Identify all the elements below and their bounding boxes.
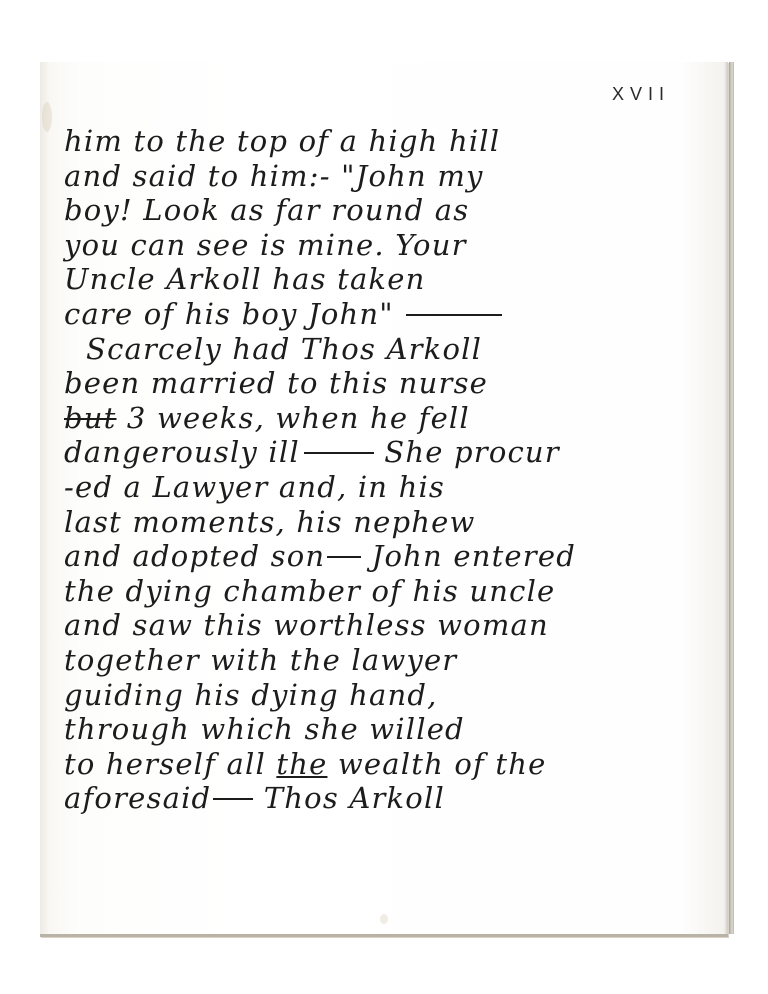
line-text: and saw this worthless woman [64, 608, 549, 642]
text-line-16: together with the lawyer [64, 643, 714, 678]
line-text: you can see is mine. Your [64, 228, 467, 262]
line-text: him to the top of a high hill [64, 124, 500, 158]
line-text: Thos Arkoll [253, 781, 445, 815]
ink-dash [213, 798, 253, 800]
paper-stain [380, 914, 388, 924]
page-number: XVII [612, 84, 670, 105]
text-line-12: last moments, his nephew [64, 505, 714, 540]
text-line-3: boy! Look as far round as [64, 193, 714, 228]
line-text: -ed a Lawyer and, in his [64, 470, 445, 504]
line-text: through which she willed [64, 712, 465, 746]
ink-dash [327, 556, 361, 558]
text-line-17: guiding his dying hand, [64, 678, 714, 713]
page-edge [729, 62, 734, 934]
line-text: Uncle Arkoll has taken [64, 262, 425, 296]
handwritten-text-block: him to the top of a high hill and said t… [64, 124, 714, 816]
line-text: the dying chamber of his uncle [64, 574, 555, 608]
line-text: and said to him:- "John my [64, 159, 484, 193]
text-line-9: but 3 weeks, when he fell [64, 401, 714, 436]
text-line-19: to herself all the wealth of the [64, 747, 714, 782]
line-text: Scarcely had Thos Arkoll [86, 332, 482, 366]
line-text: aforesaid [64, 781, 211, 815]
text-line-13: and adopted son John entered [64, 539, 714, 574]
ink-dash [406, 314, 502, 316]
line-text: and adopted son [64, 539, 325, 573]
line-text: to herself all [64, 747, 276, 781]
line-text: dangerously ill [64, 435, 300, 469]
line-text: together with the lawyer [64, 643, 457, 677]
line-text: John entered [361, 539, 576, 573]
text-line-11: -ed a Lawyer and, in his [64, 470, 714, 505]
text-line-6: care of his boy John" [64, 297, 714, 332]
ink-dash [304, 452, 374, 454]
struck-word: but [64, 401, 117, 435]
line-text: boy! Look as far round as [64, 193, 469, 227]
text-line-10: dangerously ill She procur [64, 435, 714, 470]
underlined-word: the [276, 747, 327, 781]
line-text: 3 weeks, when he fell [117, 401, 470, 435]
line-text: She procur [374, 435, 560, 469]
line-text: last moments, his nephew [64, 505, 476, 539]
line-text: wealth of the [327, 747, 546, 781]
line-text: been married to this nurse [64, 366, 488, 400]
text-line-15: and saw this worthless woman [64, 608, 714, 643]
line-text: guiding his dying hand, [64, 678, 438, 712]
text-line-5: Uncle Arkoll has taken [64, 262, 714, 297]
text-line-4: you can see is mine. Your [64, 228, 714, 263]
paper-stain [42, 102, 52, 132]
text-line-7: Scarcely had Thos Arkoll [64, 332, 714, 367]
manuscript-page: XVII him to the top of a high hill and s… [40, 62, 728, 937]
text-line-20: aforesaid Thos Arkoll [64, 781, 714, 816]
text-line-8: been married to this nurse [64, 366, 714, 401]
text-line-2: and said to him:- "John my [64, 159, 714, 194]
text-line-1: him to the top of a high hill [64, 124, 714, 159]
text-line-18: through which she willed [64, 712, 714, 747]
text-line-14: the dying chamber of his uncle [64, 574, 714, 609]
line-text: care of his boy John" [64, 297, 394, 331]
